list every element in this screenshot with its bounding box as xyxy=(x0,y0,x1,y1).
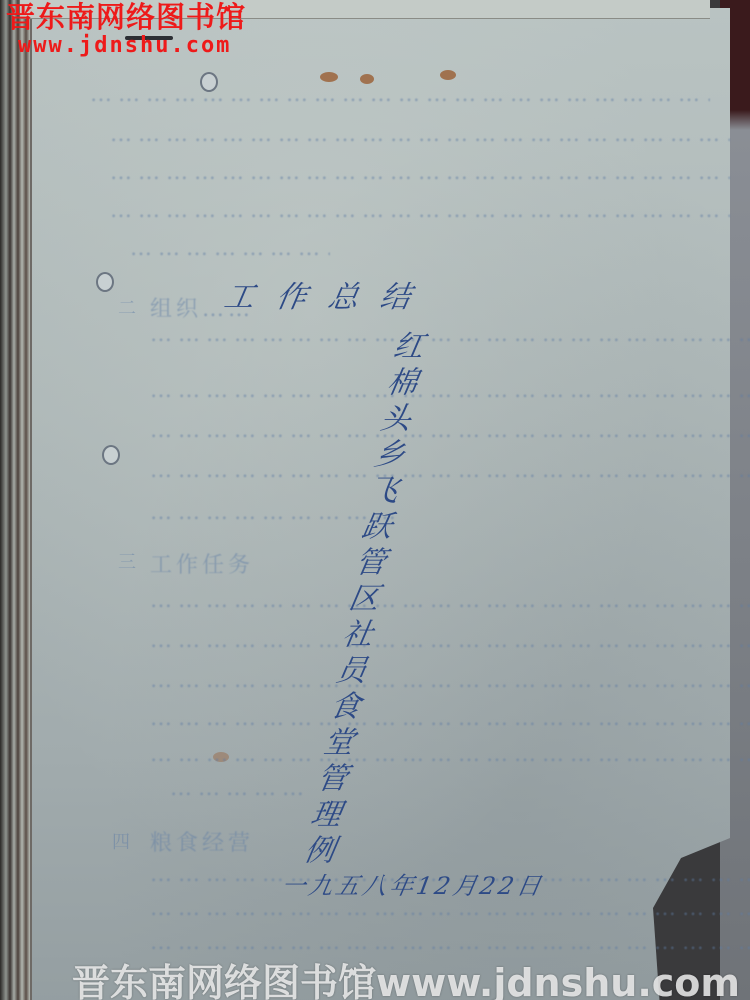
typed-line: ……………………………………………………………………… xyxy=(150,378,750,403)
punch-hole-icon xyxy=(102,445,120,465)
section-number: 二 xyxy=(118,294,136,320)
typed-line: ………………………………………………………………… xyxy=(150,706,750,731)
handwritten-date: 一九五八年12月22日 xyxy=(279,866,547,901)
typed-line: …………………………………………………………………… xyxy=(150,742,750,767)
watermark-top-name: 晋东南网络图书馆 xyxy=(6,0,246,34)
typed-line: …………………………………………………………… xyxy=(150,322,750,347)
typed-line: ………………………………………………………………… xyxy=(110,198,730,223)
typed-line: …………………………………………………………………… xyxy=(150,628,750,653)
rust-stain xyxy=(440,70,456,80)
typed-line: ………………………………………………………………… xyxy=(150,588,750,613)
typed-line: …………………………………………………………………… xyxy=(150,668,750,693)
typed-line: ………………………………………………………………… xyxy=(110,122,730,147)
watermark-bottom: 晋东南网络图书馆www.jdnshu.com xyxy=(72,952,740,1000)
section-heading: 粮食经营 xyxy=(150,826,254,857)
typed-line: …………………………………………………………………… xyxy=(110,160,730,185)
watermark-top: 晋东南网络图书馆 www.jdnshu.com xyxy=(6,0,246,58)
punch-hole-icon xyxy=(96,272,114,292)
section-number: 四 xyxy=(112,828,130,854)
section-heading: 工作任务 xyxy=(150,548,254,579)
section-number: 三 xyxy=(118,548,136,574)
handwritten-title: 工作总结 xyxy=(221,272,437,316)
watermark-top-url: www.jdnshu.com xyxy=(18,34,246,58)
typed-line: …………………… xyxy=(130,236,330,261)
rust-stain xyxy=(320,72,338,82)
typed-line: …………………………………………………………… xyxy=(90,82,710,107)
typed-line: ………………………………………………………………… xyxy=(150,458,750,483)
typed-line: ………………………………………………………………………… xyxy=(150,418,750,443)
